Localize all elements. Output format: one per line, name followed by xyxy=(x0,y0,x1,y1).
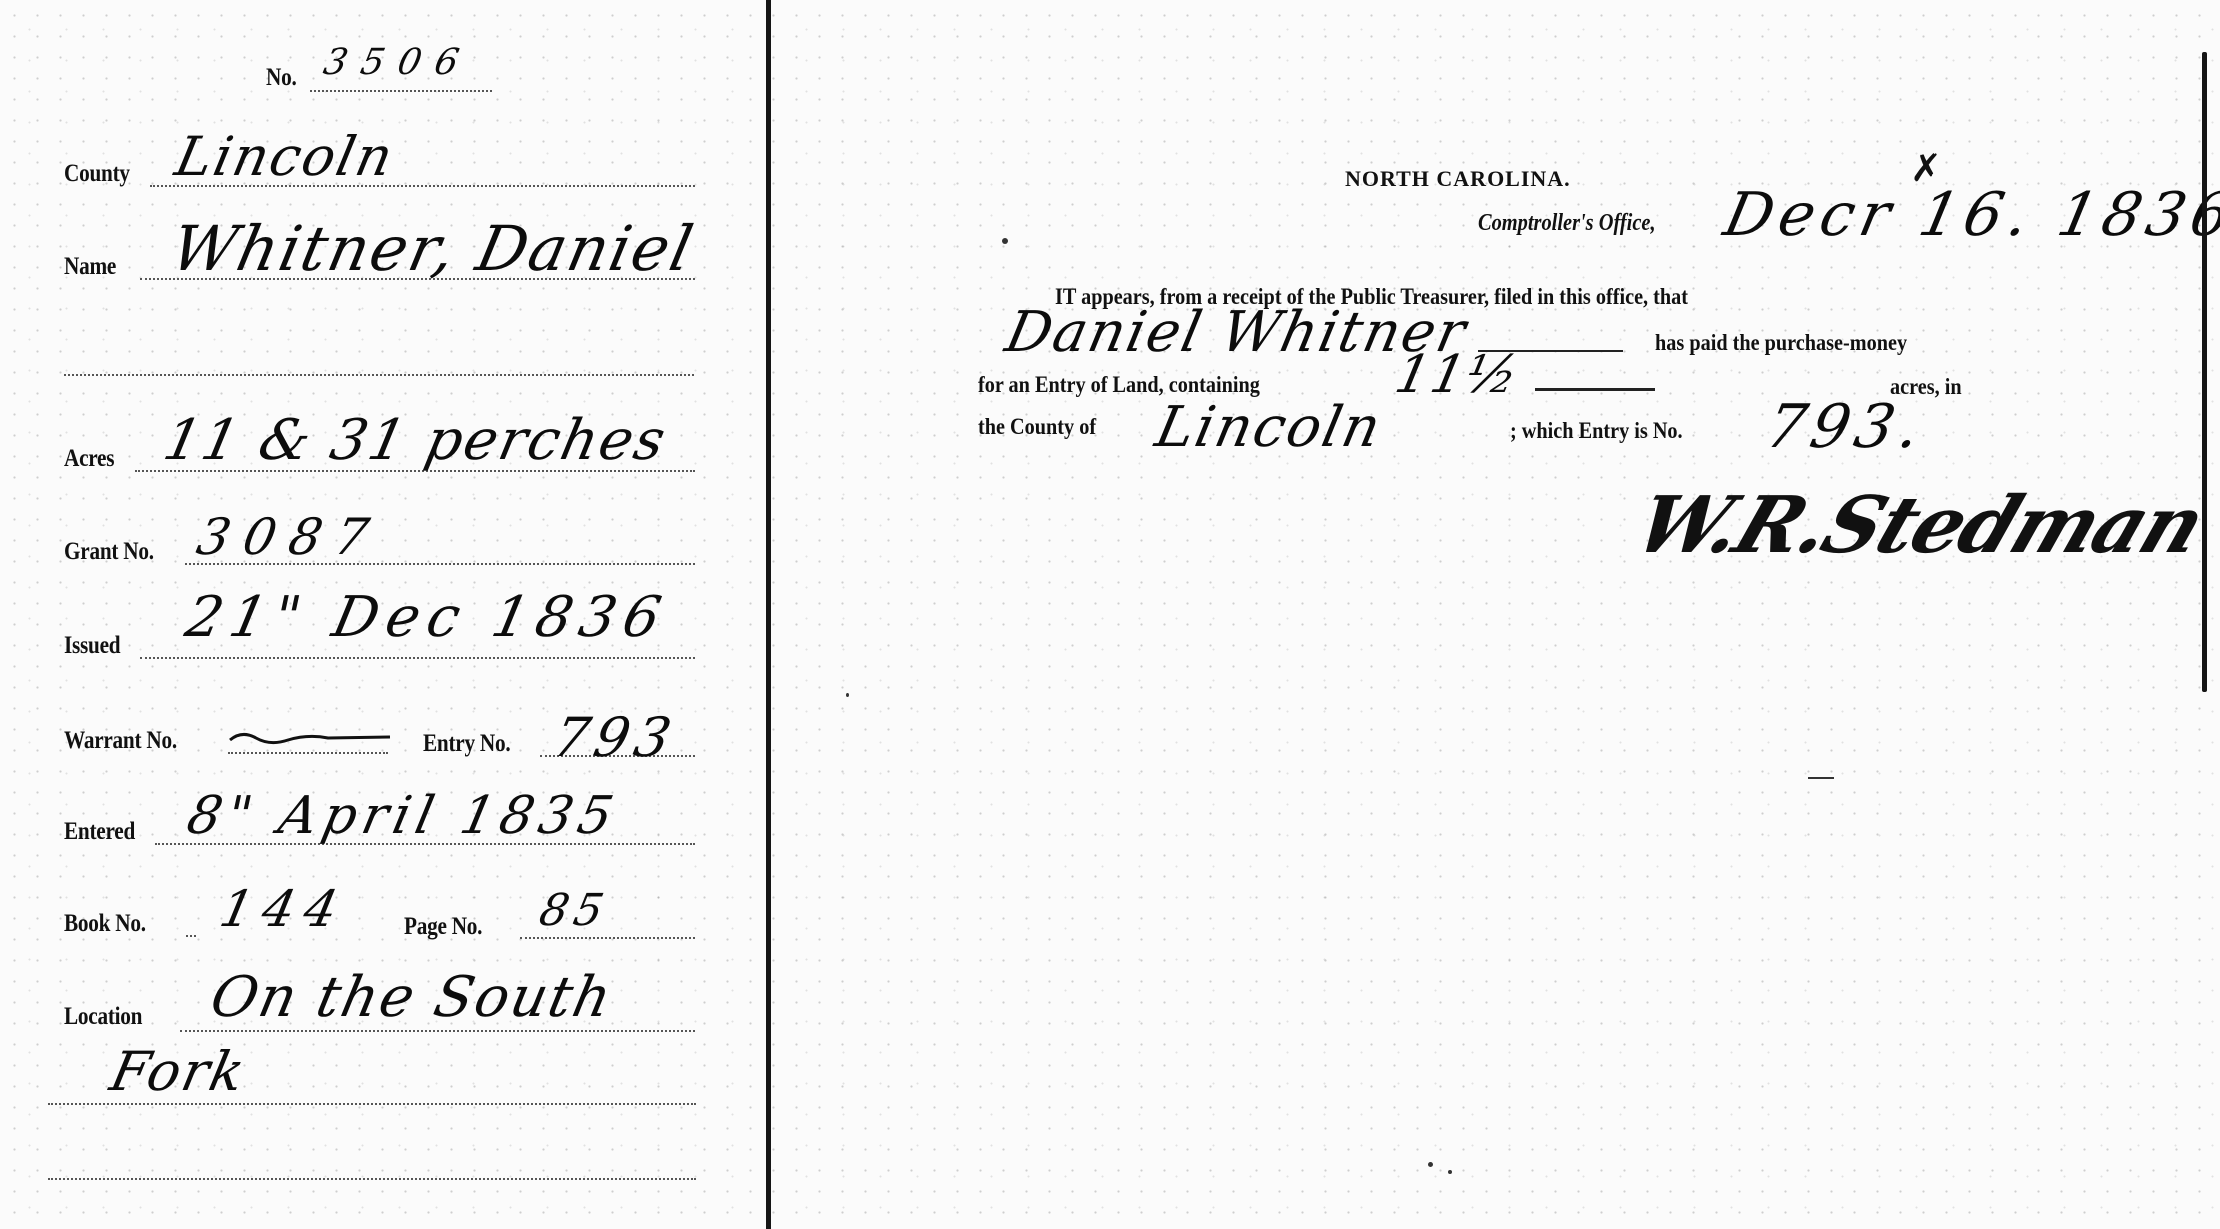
book-no-line xyxy=(186,935,196,937)
location-value-line1: On the South xyxy=(205,965,619,1030)
receipt-line-4: the County of xyxy=(978,414,1096,440)
entered-value: 8" April 1835 xyxy=(182,786,624,846)
county-value: Lincoln xyxy=(1150,395,1388,460)
page-no-label: Page No. xyxy=(404,913,482,941)
issued-value: 21" Dec 1836 xyxy=(180,585,674,650)
card-divider xyxy=(766,0,771,1229)
grant-no-label: Grant No. xyxy=(64,538,154,566)
page-right-edge xyxy=(2202,52,2207,692)
location-label: Location xyxy=(64,1003,142,1031)
grant-no-value: 3087 xyxy=(192,508,388,566)
warrant-no-line xyxy=(228,752,388,754)
receipt-line-4-mid: ; which Entry is No. xyxy=(1510,418,1683,444)
acres-dash xyxy=(1535,388,1655,391)
page-no-value: 85 xyxy=(535,885,614,936)
comptroller-signature: W.R.Stedman Comptr xyxy=(1623,480,2220,571)
location-value-line2: Fork xyxy=(105,1040,252,1103)
receipt-line-2: has paid the purchase-money xyxy=(1655,330,1907,356)
county-value: Lincoln xyxy=(170,125,400,188)
speck xyxy=(846,693,849,697)
number-line xyxy=(310,90,492,92)
speck xyxy=(1808,777,1834,779)
acres-label: Acres xyxy=(64,445,114,473)
office-label: Comptroller's Office, xyxy=(1478,210,1656,237)
book-no-value: 144 xyxy=(215,880,353,938)
entered-label: Entered xyxy=(64,818,135,846)
location-line-3 xyxy=(48,1178,696,1180)
speck xyxy=(1428,1162,1433,1167)
number-value: 3506 xyxy=(320,42,476,83)
page-no-line xyxy=(520,937,695,939)
book-no-label: Book No. xyxy=(64,910,146,938)
receipt-heading: NORTH CAROLINA. xyxy=(1345,166,1571,192)
issued-line xyxy=(140,657,695,659)
speck xyxy=(1448,1170,1452,1174)
name-value: Whitner, Daniel xyxy=(165,212,701,285)
location-line-2 xyxy=(48,1103,696,1105)
entry-no-value: 793 xyxy=(548,706,682,769)
entry-value: 793. xyxy=(1760,392,1932,462)
entry-no-label: Entry No. xyxy=(423,730,510,758)
acres-value: 11 & 31 perches xyxy=(158,408,673,473)
issued-label: Issued xyxy=(64,632,120,660)
speck xyxy=(1002,238,1008,244)
warrant-no-dash xyxy=(228,728,393,748)
county-label: County xyxy=(64,160,130,188)
name-label: Name xyxy=(64,253,116,281)
number-label: No. xyxy=(266,64,297,92)
location-line xyxy=(180,1030,695,1032)
name-line-2 xyxy=(64,374,694,376)
acres-value: 11½ xyxy=(1390,345,1525,405)
warrant-no-label: Warrant No. xyxy=(64,727,177,755)
office-date: Decr 16. 1836 xyxy=(1718,180,2220,250)
